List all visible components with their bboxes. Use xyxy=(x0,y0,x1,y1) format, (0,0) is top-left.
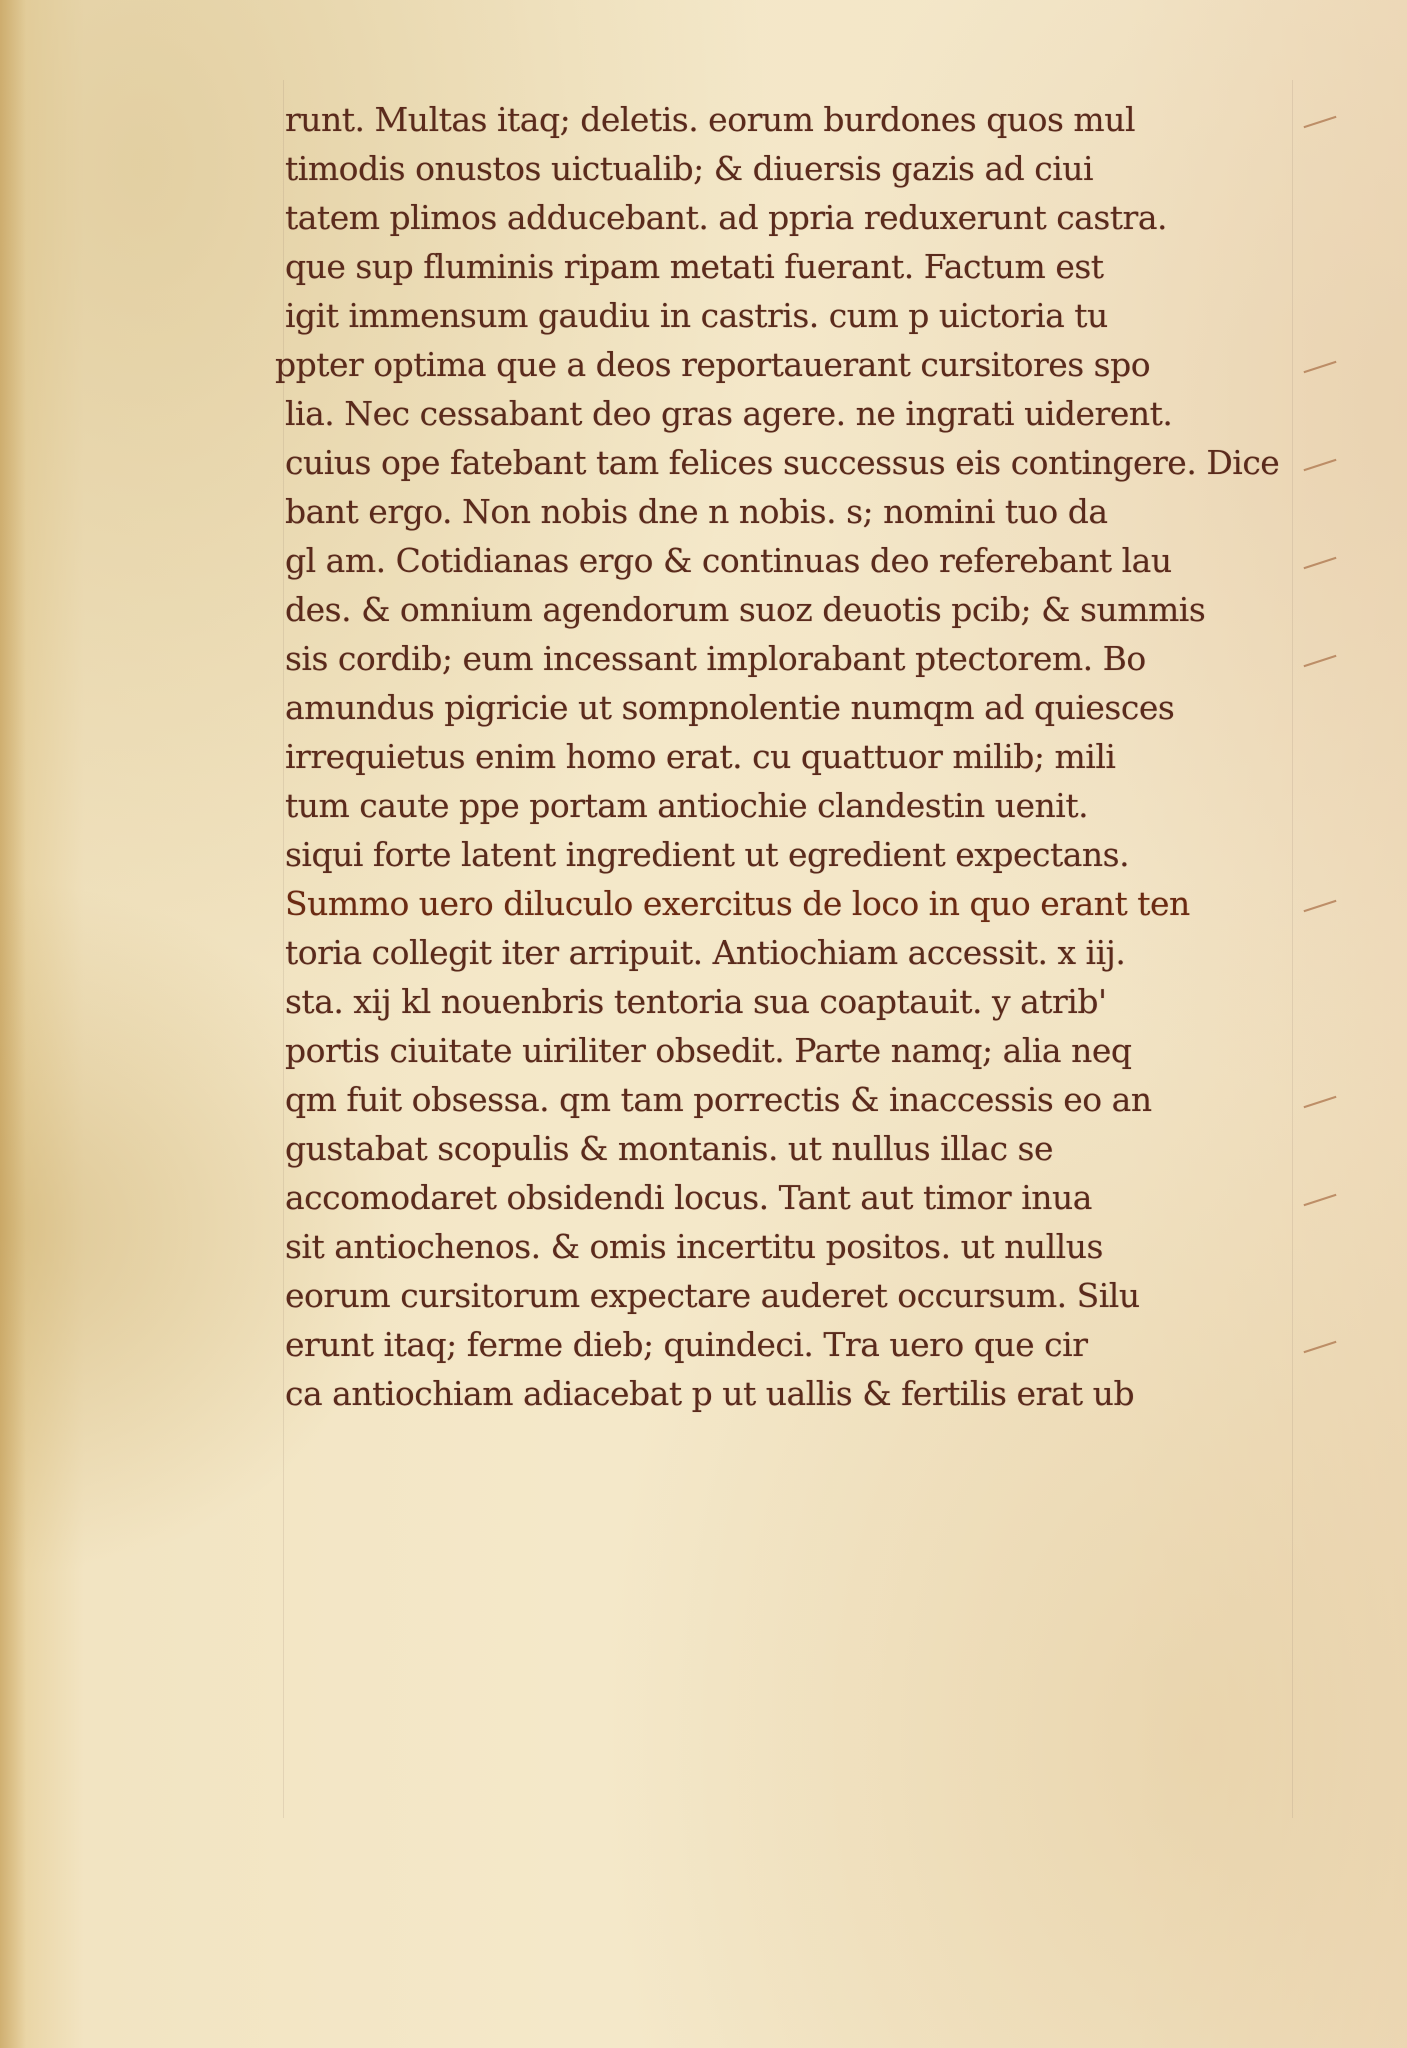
text-line: igit immensum gaudiu in castris. cum p u… xyxy=(285,291,1295,340)
marginal-stroke xyxy=(1304,557,1337,569)
text-line: que sup fluminis ripam metati fuerant. F… xyxy=(285,242,1295,291)
text-line: accomodaret obsidendi locus. Tant aut ti… xyxy=(285,1173,1295,1222)
text-line: lia. Nec cessabant deo gras agere. ne in… xyxy=(285,389,1295,438)
text-line: amundus pigricie ut sompnolentie numqm a… xyxy=(285,683,1295,732)
marginal-stroke xyxy=(1304,900,1337,912)
marginal-stroke xyxy=(1304,116,1337,128)
marginal-stroke xyxy=(1304,655,1337,667)
text-line: toria collegit iter arripuit. Antiochiam… xyxy=(285,928,1295,977)
text-line: erunt itaq; ferme dieb; quindeci. Tra ue… xyxy=(285,1320,1295,1369)
text-line: portis ciuitate uiriliter obsedit. Parte… xyxy=(285,1026,1295,1075)
manuscript-folio: runt. Multas itaq; deletis. eorum burdon… xyxy=(0,0,1407,2048)
text-line: eorum cursitorum expectare auderet occur… xyxy=(285,1271,1295,1320)
text-line: ppter optima que a deos reportauerant cu… xyxy=(275,340,1295,389)
parchment-edge-shading xyxy=(0,0,26,2048)
text-line: sis cordib; eum incessant implorabant pt… xyxy=(285,634,1295,683)
text-line: runt. Multas itaq; deletis. eorum burdon… xyxy=(285,95,1295,144)
text-line: gustabat scopulis & montanis. ut nullus … xyxy=(285,1124,1295,1173)
text-line: gl am. Cotidianas ergo & continuas deo r… xyxy=(285,536,1295,585)
text-line: sit antiochenos. & omis incertitu posito… xyxy=(285,1222,1295,1271)
text-line: qm fuit obsessa. qm tam porrectis & inac… xyxy=(285,1075,1295,1124)
text-line: tum caute ppe portam antiochie clandesti… xyxy=(285,781,1295,830)
text-line: cuius ope fatebant tam felices successus… xyxy=(285,438,1295,487)
text-line: sta. xij kl nouenbris tentoria sua coapt… xyxy=(285,977,1295,1026)
marginal-stroke xyxy=(1304,361,1337,373)
text-line: irrequietus enim homo erat. cu quattuor … xyxy=(285,732,1295,781)
text-column: runt. Multas itaq; deletis. eorum burdon… xyxy=(285,95,1295,1418)
marginal-stroke xyxy=(1304,1096,1337,1108)
marginal-stroke xyxy=(1304,459,1337,471)
marginal-stroke xyxy=(1304,1341,1337,1353)
text-line: Summo uero diluculo exercitus de loco in… xyxy=(285,879,1295,928)
text-line: timodis onustos uictualib; & diuersis ga… xyxy=(285,144,1295,193)
text-line: bant ergo. Non nobis dne n nobis. s; nom… xyxy=(285,487,1295,536)
text-line: des. & omnium agendorum suoz deuotis pci… xyxy=(285,585,1295,634)
marginal-stroke xyxy=(1304,1194,1337,1206)
text-line: tatem plimos adducebant. ad ppria reduxe… xyxy=(285,193,1295,242)
text-line: ca antiochiam adiacebat p ut uallis & fe… xyxy=(285,1369,1295,1418)
text-line: siqui forte latent ingredient ut egredie… xyxy=(285,830,1295,879)
